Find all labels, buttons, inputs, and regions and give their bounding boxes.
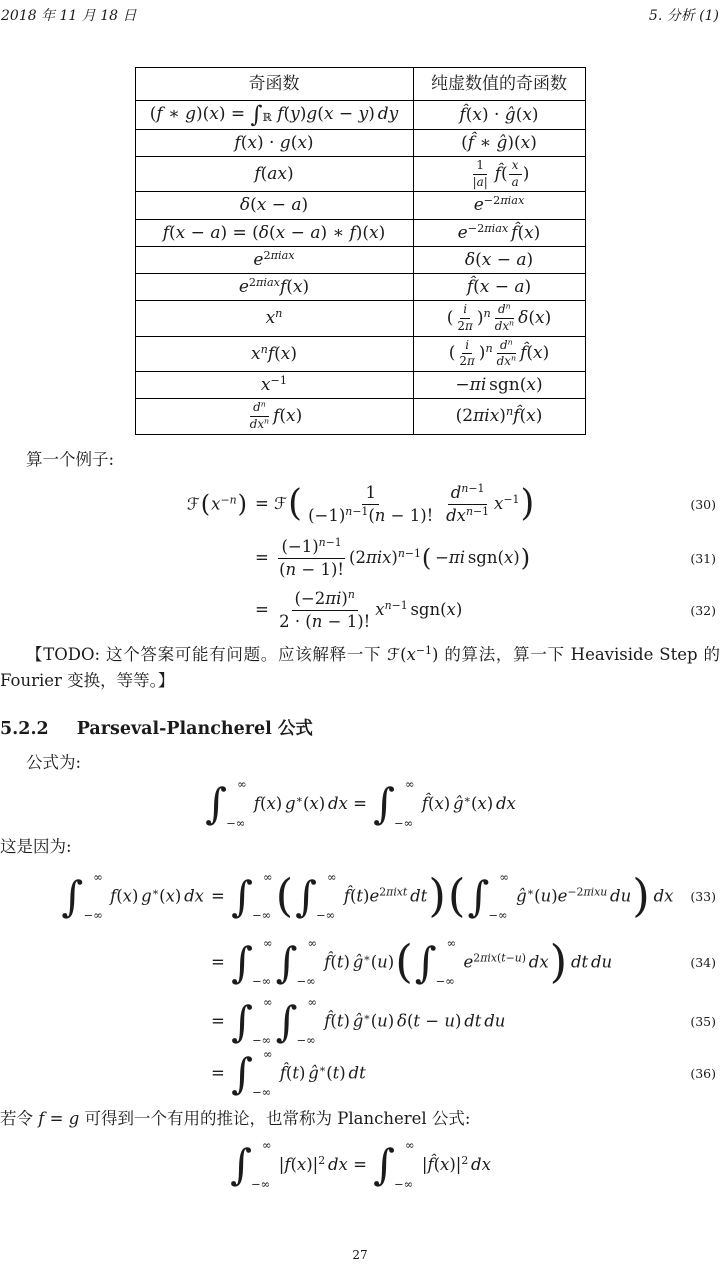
formula-intro-text: 公式为: [0,750,720,776]
header-date: 2018 年 11 月 18 日 [1,5,137,25]
table-row: f(x) · g(x)(f̂ ∗ ĝ)(x) [135,129,585,156]
cell-fourier-transform: −πisgn(x) [413,372,585,399]
cell-odd-function: x−1 [135,372,413,399]
equation-35-rhs: = ∫∞−∞∫∞−∞ f̂(t)ĝ∗(u)δ(t − u)dtdu [204,996,505,1048]
example-intro-text: 算一个例子: [0,447,720,473]
cell-odd-function: (f ∗ g)(x) = ∫ℝ f(y)g(x − y)dy [135,101,413,130]
equation-number-31: (31) [684,551,716,566]
equation-number-34: (34) [684,955,716,970]
cell-fourier-transform: (i2π)ndndxnδ(x) [413,301,585,336]
plancherel-equation: ∫∞−∞ |f(x)|2dx = ∫∞−∞ |f̂(x)|2dx [0,1137,720,1193]
table-row: x−1−πisgn(x) [135,372,585,399]
cell-fourier-transform: e−2πiax [413,192,585,219]
equation-number-36: (36) [684,1066,716,1081]
table-row: e2πiaxf(x)f̂(x − a) [135,274,585,301]
cell-fourier-transform: (f̂ ∗ ĝ)(x) [413,129,585,156]
fourier-pairs-table: 奇函数 纯虚数值的奇函数 (f ∗ g)(x) = ∫ℝ f(y)g(x − y… [135,67,586,435]
cell-odd-function: δ(x − a) [135,192,413,219]
because-text: 这是因为: [0,834,720,860]
cell-odd-function: xn [135,301,413,336]
cell-fourier-transform: e−2πiaxf̂(x) [413,219,585,246]
equation-36-rhs: = ∫∞−∞ f̂(t)ĝ∗(t)dt [204,1048,366,1100]
equation-31-rhs: = (−1)n−1(n − 1)!(2πix)n−1(−πisgn(x)) [248,537,531,580]
equation-block-30-32: ℱ(x−n) = ℱ(1(−1)n−1(n − 1)!dn−1dxn−1x−1)… [0,476,720,636]
equation-number-35: (35) [684,1014,716,1029]
page-number: 27 [0,1248,720,1262]
cell-fourier-transform: f̂(x − a) [413,274,585,301]
table-row: dndxnf(x)(2πix)nf̂(x) [135,399,585,434]
equation-36: = ∫∞−∞ f̂(t)ĝ∗(t)dt (36) [0,1048,720,1100]
table-header-pure-imaginary-odd-function: 纯虚数值的奇函数 [413,68,585,101]
todo-paragraph: 【TODO: 这个答案可能有问题。应该解释一下 ℱ(x−1) 的算法，算一下 H… [0,642,720,693]
equation-33-rhs: = ∫∞−∞(∫∞−∞ f̂(t)e2πixtdt)(∫∞−∞ ĝ∗(u)e−2… [204,871,673,923]
plancherel-intro-paragraph: 若令 f = g 可得到一个有用的推论，也常称为 Plancherel 公式: [0,1106,720,1132]
equation-number-33: (33) [684,889,716,904]
table-row: xn(i2π)ndndxnδ(x) [135,301,585,336]
table-row: (f ∗ g)(x) = ∫ℝ f(y)g(x − y)dyf̂(x) · ĝ(… [135,101,585,130]
cell-fourier-transform: f̂(x) · ĝ(x) [413,101,585,130]
cell-fourier-transform: (2πix)nf̂(x) [413,399,585,434]
section-number: 5.2.2 [0,719,49,739]
equation-number-30: (30) [684,497,716,512]
equation-32: = (−2πi)n2 · (n − 1)!xn−1sgn(x) (32) [0,584,720,636]
equation-33: ∫∞−∞ f(x)g∗(x)dx = ∫∞−∞(∫∞−∞ f̂(t)e2πixt… [0,864,720,930]
table-row: xnf(x)(i2π)ndndxnf̂(x) [135,336,585,371]
cell-odd-function: f(x) · g(x) [135,129,413,156]
cell-fourier-transform: (i2π)ndndxnf̂(x) [413,336,585,371]
cell-fourier-transform: δ(x − a) [413,246,585,273]
equation-35: = ∫∞−∞∫∞−∞ f̂(t)ĝ∗(u)δ(t − u)dtdu (35) [0,996,720,1048]
section-title: Parseval-Plancherel 公式 [77,719,313,739]
table-header-row: 奇函数 纯虚数值的奇函数 [135,68,585,101]
cell-odd-function: e2πiaxf(x) [135,274,413,301]
cell-odd-function: xnf(x) [135,336,413,371]
equation-30-lhs: ℱ(x−n) [0,494,248,516]
equation-30-rhs: = ℱ(1(−1)n−1(n − 1)!dn−1dxn−1x−1) [248,483,535,526]
table-body: (f ∗ g)(x) = ∫ℝ f(y)g(x − y)dyf̂(x) · ĝ(… [135,101,585,435]
cell-odd-function: f(x − a) = (δ(x − a) ∗ f)(x) [135,219,413,246]
equation-31: = (−1)n−1(n − 1)!(2πix)n−1(−πisgn(x)) (3… [0,532,720,584]
equation-33-lhs: ∫∞−∞ f(x)g∗(x)dx [0,871,204,923]
equation-32-rhs: = (−2πi)n2 · (n − 1)!xn−1sgn(x) [248,589,462,632]
equation-34-rhs: = ∫∞−∞∫∞−∞ f̂(t)ĝ∗(u)(∫∞−∞ e2πix(t−u)dx)… [204,937,612,989]
equation-number-32: (32) [684,603,716,618]
header-chapter: 5. 分析 (1) [649,5,719,25]
table-row: f(x − a) = (δ(x − a) ∗ f)(x)e−2πiaxf̂(x) [135,219,585,246]
table-row: e2πiaxδ(x − a) [135,246,585,273]
cell-odd-function: dndxnf(x) [135,399,413,434]
table-header-odd-function: 奇函数 [135,68,413,101]
equation-block-33-36: ∫∞−∞ f(x)g∗(x)dx = ∫∞−∞(∫∞−∞ f̂(t)e2πixt… [0,864,720,1100]
section-heading: 5.2.2Parseval-Plancherel 公式 [0,715,720,740]
parseval-equation-math: ∫∞−∞ f(x)g∗(x)dx = ∫∞−∞ f̂(x)ĝ∗(x)dx [204,778,516,830]
document-page: 2018 年 11 月 18 日 5. 分析 (1) 奇函数 纯虚数值的奇函数 … [0,0,720,1269]
plancherel-equation-math: ∫∞−∞ |f(x)|2dx = ∫∞−∞ |f̂(x)|2dx [229,1139,491,1191]
equation-34: = ∫∞−∞∫∞−∞ f̂(t)ĝ∗(u)(∫∞−∞ e2πix(t−u)dx)… [0,930,720,996]
table-row: f(ax)1|a|f̂(xa) [135,157,585,192]
page-header: 2018 年 11 月 18 日 5. 分析 (1) [0,0,720,25]
parseval-equation: ∫∞−∞ f(x)g∗(x)dx = ∫∞−∞ f̂(x)ĝ∗(x)dx [0,776,720,832]
equation-30: ℱ(x−n) = ℱ(1(−1)n−1(n − 1)!dn−1dxn−1x−1)… [0,476,720,532]
cell-odd-function: e2πiax [135,246,413,273]
cell-odd-function: f(ax) [135,157,413,192]
cell-fourier-transform: 1|a|f̂(xa) [413,157,585,192]
table-row: δ(x − a)e−2πiax [135,192,585,219]
